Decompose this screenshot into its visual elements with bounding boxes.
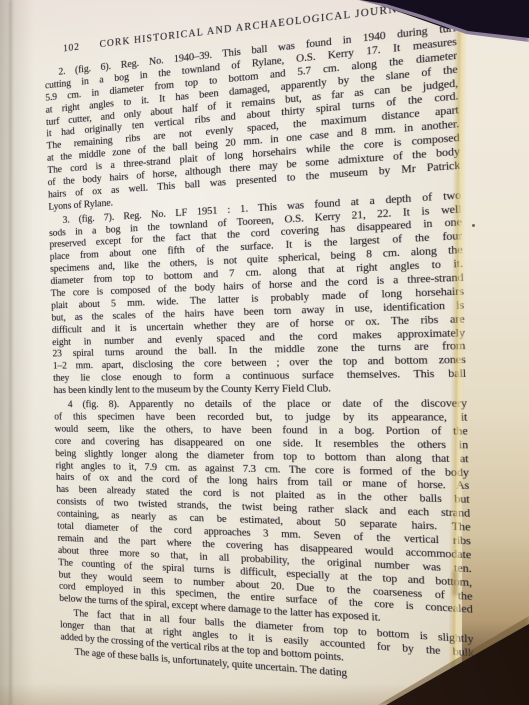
dust-speck — [472, 224, 475, 227]
paragraph: 3. (fig. 7). Reg. No. LF 1951 : 1. This … — [49, 189, 467, 397]
gutter-shadow-left — [0, 0, 34, 705]
paragraph: 4 (fig. 8). Apparently no details of the… — [54, 397, 473, 631]
crease-nick — [452, 570, 458, 596]
text-line: has been kindly lent to the museum by th… — [53, 381, 466, 397]
left-crease-line — [9, 0, 12, 705]
paragraph: 2. (fig. 6). Reg. No. 1940–39. This ball… — [45, 21, 461, 213]
page-text-block: 102 CORK HISTORICAL AND ARCHAEOLOGICAL J… — [44, 0, 475, 702]
book-page-photo: 102 CORK HISTORICAL AND ARCHAEOLOGICAL J… — [0, 0, 529, 705]
page-number: 102 — [63, 41, 80, 54]
text-column: 2. (fig. 6). Reg. No. 1940–39. This ball… — [45, 21, 475, 690]
dust-speck — [352, 214, 354, 216]
text-line: 4 (fig. 8). Apparently no details of the… — [54, 397, 467, 411]
